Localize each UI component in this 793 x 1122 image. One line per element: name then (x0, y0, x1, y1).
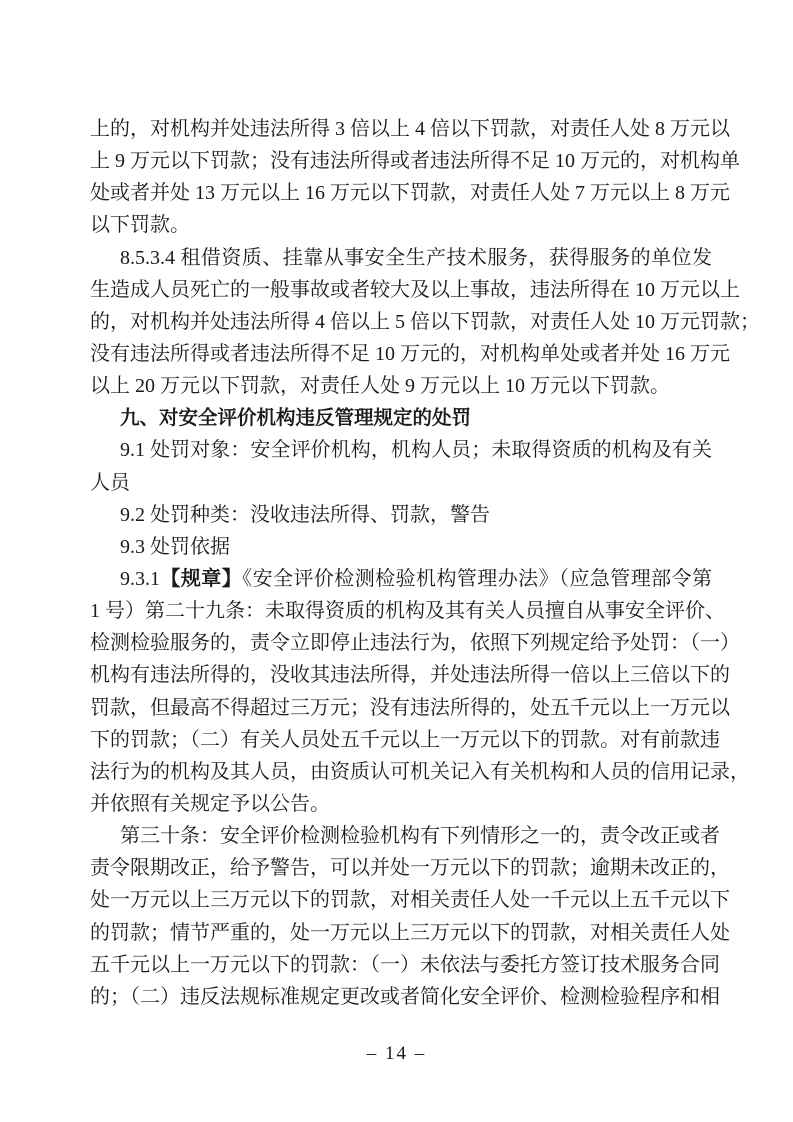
text-line: 责令限期改正，给予警告，可以并处一万元以下的罚款；逾期未改正的， (90, 852, 712, 884)
text-line: 五千元以上一万元以下的罚款：（一）未依法与委托方签订技术服务合同 (90, 949, 712, 981)
text-line: 上的，对机构并处违法所得 3 倍以上 4 倍以下罚款，对责任人处 8 万元以 (90, 113, 712, 145)
text-line: 1 号）第二十九条：未取得资质的机构及其有关人员擅自从事安全评价、 (90, 595, 712, 627)
text-line: 罚款，但最高不得超过三万元；没有违法所得的，处五千元以上一万元以 (90, 692, 712, 724)
text-line: 人员 (90, 467, 712, 499)
text-line: 处一万元以上三万元以下的罚款，对相关责任人处一千元以上五千元以下 (90, 884, 712, 916)
text-line: 以上 20 万元以下罚款，对责任人处 9 万元以上 10 万元以下罚款。 (90, 370, 712, 402)
text-line: 的罚款；情节严重的，处一万元以上三万元以下的罚款，对相关责任人处 (90, 917, 712, 949)
text-line: 8.5.3.4 租借资质、挂靠从事安全生产技术服务，获得服务的单位发 (90, 242, 712, 274)
text-line: 9.3 处罚依据 (90, 531, 712, 563)
text-line: 9.3.1【规章】《安全评价检测检验机构管理办法》（应急管理部令第 (90, 563, 712, 595)
section-heading: 九、对安全评价机构违反管理规定的处罚 (90, 402, 712, 434)
page-number: – 14 – (0, 1042, 793, 1066)
text-line: 上 9 万元以下罚款；没有违法所得或者违法所得不足 10 万元的，对机构单 (90, 145, 712, 177)
text-line: 以下罚款。 (90, 209, 712, 241)
document-body: 上的，对机构并处违法所得 3 倍以上 4 倍以下罚款，对责任人处 8 万元以上 … (90, 113, 712, 1013)
text-line: 并依照有关规定予以公告。 (90, 788, 712, 820)
text-line: 下的罚款；（二）有关人员处五千元以上一万元以下的罚款。对有前款违 (90, 724, 712, 756)
text-line: 第三十条：安全评价检测检验机构有下列情形之一的，责令改正或者 (90, 820, 712, 852)
document-page: 上的，对机构并处违法所得 3 倍以上 4 倍以下罚款，对责任人处 8 万元以上 … (0, 0, 793, 1122)
text-line: 的；（二）违反法规标准规定更改或者简化安全评价、检测检验程序和相 (90, 981, 712, 1013)
text-line: 法行为的机构及其人员，由资质认可机关记入有关机构和人员的信用记录， (90, 756, 712, 788)
text-line: 9.1 处罚对象：安全评价机构，机构人员；未取得资质的机构及有关 (90, 434, 712, 466)
text-line: 的，对机构并处违法所得 4 倍以上 5 倍以下罚款，对责任人处 10 万元罚款； (90, 306, 712, 338)
text-line: 处或者并处 13 万元以上 16 万元以下罚款，对责任人处 7 万元以上 8 万… (90, 177, 712, 209)
text-line: 9.2 处罚种类：没收违法所得、罚款，警告 (90, 499, 712, 531)
bold-run: 【规章】 (160, 568, 242, 590)
text-line: 没有违法所得或者违法所得不足 10 万元的，对机构单处或者并处 16 万元 (90, 338, 712, 370)
text-line: 机构有违法所得的，没收其违法所得，并处违法所得一倍以上三倍以下的 (90, 659, 712, 691)
text-line: 生造成人员死亡的一般事故或者较大及以上事故，违法所得在 10 万元以上 (90, 274, 712, 306)
text-line: 检测检验服务的，责令立即停止违法行为，依照下列规定给予处罚：（一） (90, 627, 712, 659)
